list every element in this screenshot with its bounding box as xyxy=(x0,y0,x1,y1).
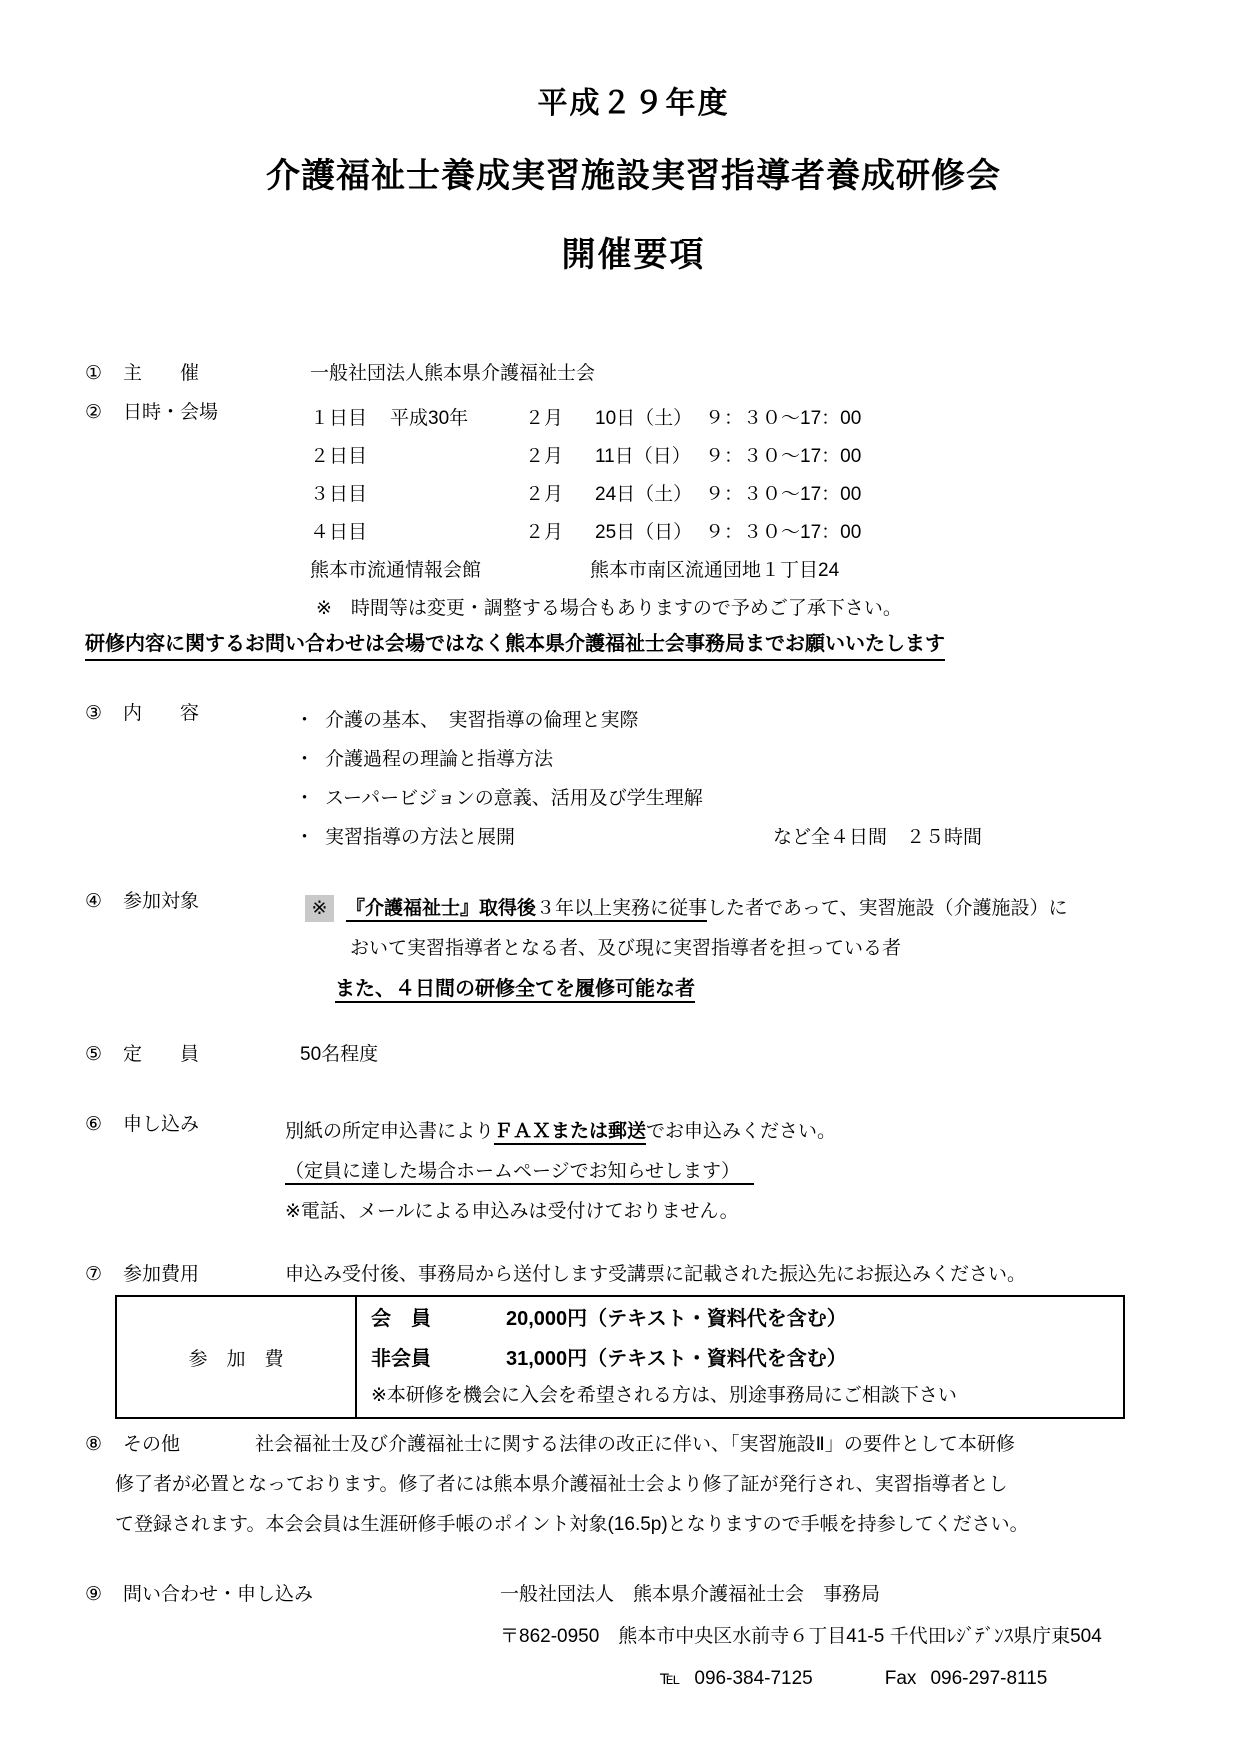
section-label: 参加対象 xyxy=(123,889,305,915)
application-method: ＦＡＸまたは郵送 xyxy=(494,1121,646,1145)
doc-main-title: 介護福祉士養成実習施設実習指導者養成研修会 xyxy=(85,148,1182,197)
section-application: ⑥ 申し込み 別紙の所定申込書によりＦＡＸまたは郵送でお申込みください。 （定員… xyxy=(85,1112,1182,1232)
schedule-month: ２月 xyxy=(525,514,595,552)
list-item: ・ 介護の基本、 実習指導の倫理と実際 xyxy=(295,701,1182,740)
section-label: 申し込み xyxy=(123,1112,285,1138)
section-schedule: ② 日時・会場 １日目 平成30年 ２月 10日（土） ９：３０～17：00 ２… xyxy=(85,400,1182,628)
schedule-time: ９：３０～17：00 xyxy=(705,400,861,438)
section-target: ④ 参加対象 ※『介護福祉士』取得後３年以上実務に従事した者であって、実習施設（… xyxy=(85,889,1182,1010)
schedule-year xyxy=(390,438,525,476)
schedule-row: １日目 平成30年 ２月 10日（土） ９：３０～17：00 xyxy=(310,400,1182,438)
schedule-year: 平成30年 xyxy=(390,400,525,438)
other-line-1: 社会福祉士及び介護福祉士に関する法律の改正に伴い、「実習施設Ⅱ」の要件として本研… xyxy=(255,1425,1182,1465)
target-underline-text: ３年以上実務に従事 xyxy=(536,898,707,919)
section-label: その他 xyxy=(123,1425,255,1465)
fee-table: 参 加 費 会 員 20,000円（テキスト・資料代を含む） 非会員 31,00… xyxy=(115,1295,1125,1419)
application-post: でお申込みください。 xyxy=(646,1121,836,1142)
schedule-content: １日目 平成30年 ２月 10日（土） ９：３０～17：00 ２日目 ２月 11… xyxy=(310,400,1182,628)
application-pre: 別紙の所定申込書により xyxy=(285,1121,494,1142)
section-number: ③ xyxy=(85,701,123,727)
target-bold-text: 『介護福祉士』取得後 xyxy=(346,898,536,919)
venue-name: 熊本市流通情報会館 xyxy=(310,552,590,590)
section-capacity: ⑤ 定 員 50名程度 xyxy=(85,1042,1182,1068)
section-contact: ⑨ 問い合わせ・申し込み 一般社団法人 熊本県介護福祉士会 事務局 xyxy=(85,1574,1182,1616)
bullet-icon: ・ xyxy=(295,818,325,857)
application-line-3: ※電話、メールによる申込みは受付けておりません。 xyxy=(285,1192,1182,1232)
target-content: ※『介護福祉士』取得後３年以上実務に従事した者であって、実習施設（介護施設）に … xyxy=(305,889,1182,1010)
schedule-row: ３日目 ２月 24日（土） ９：３０～17：00 xyxy=(310,476,1182,514)
inquiry-notice: 研修内容に関するお問い合わせは会場ではなく熊本県介護福祉士会事務局までお願いいた… xyxy=(85,630,945,661)
doc-fiscal-year: 平成２９年度 xyxy=(85,78,1182,122)
section-number: ① xyxy=(85,361,123,387)
schedule-note: ※ 時間等は変更・調整する場合もありますので予めご了承下さい。 xyxy=(316,590,1182,628)
section-label: 内 容 xyxy=(123,701,295,727)
schedule-date: 10日（土） xyxy=(595,400,705,438)
schedule-time: ９：３０～17：00 xyxy=(705,514,861,552)
venue-address: 熊本市南区流通団地１丁目24 xyxy=(590,552,839,590)
fax-number: 096-297-8115 xyxy=(930,1668,1047,1689)
highlight-marker: ※ xyxy=(305,895,334,922)
fee-member-label: 会 員 xyxy=(371,1299,506,1339)
venue-row: 熊本市流通情報会館 熊本市南区流通団地１丁目24 xyxy=(310,552,1182,590)
tel-label: ℡ xyxy=(660,1668,680,1689)
application-line-1: 別紙の所定申込書によりＦＡＸまたは郵送でお申込みください。 xyxy=(285,1112,1182,1152)
section-other: ⑧ その他 社会福祉士及び介護福祉士に関する法律の改正に伴い、「実習施設Ⅱ」の要… xyxy=(85,1425,1182,1465)
section-label: 日時・会場 xyxy=(123,400,310,426)
fee-note: ※本研修を機会に入会を希望される方は、別途事務局にご相談下さい xyxy=(371,1379,1123,1413)
title-block: 平成２９年度 介護福祉士養成実習施設実習指導者養成研修会 開催要項 xyxy=(85,78,1182,276)
bullet-icon: ・ xyxy=(295,701,325,740)
contact-address: 〒862-0950 熊本市中央区水前寺６丁目41-5 千代田ﾚｼﾞﾃﾞﾝｽ県庁東… xyxy=(500,1616,1182,1658)
schedule-year xyxy=(390,514,525,552)
contents-list: ・ 介護の基本、 実習指導の倫理と実際 ・ 介護過程の理論と指導方法 ・ スーパ… xyxy=(295,701,1182,857)
capacity-value: 50名程度 xyxy=(300,1042,1182,1068)
schedule-day: １日目 xyxy=(310,400,390,438)
fee-nonmember-label: 非会員 xyxy=(371,1339,506,1379)
section-number: ⑤ xyxy=(85,1042,123,1068)
schedule-month: ２月 xyxy=(525,476,595,514)
list-item-text: 介護過程の理論と指導方法 xyxy=(325,740,553,779)
fax-label: Fax xyxy=(885,1668,917,1689)
document-page: 平成２９年度 介護福祉士養成実習施設実習指導者養成研修会 開催要項 ① 主 催 … xyxy=(0,0,1240,1754)
list-item: ・ スーパービジョンの意義、活用及び学生理解 xyxy=(295,779,1182,818)
schedule-day: ３日目 xyxy=(310,476,390,514)
schedule-date: 24日（土） xyxy=(595,476,705,514)
section-contents: ③ 内 容 ・ 介護の基本、 実習指導の倫理と実際 ・ 介護過程の理論と指導方法… xyxy=(85,701,1182,857)
section-label: 主 催 xyxy=(123,361,310,387)
target-requirement: また、４日間の研修全てを履修可能な者 xyxy=(335,978,695,1003)
list-item: ・ 介護過程の理論と指導方法 xyxy=(295,740,1182,779)
section-number: ② xyxy=(85,400,123,426)
contents-total-hours: など全４日間 ２５時間 xyxy=(773,818,982,857)
application-line-2: （定員に達した場合ホームページでお知らせします） xyxy=(285,1152,1182,1192)
fee-intro: 申込み受付後、事務局から送付します受講票に記載された振込先にお振込みください。 xyxy=(285,1262,1182,1288)
section-label: 問い合わせ・申し込み xyxy=(123,1574,500,1616)
schedule-month: ２月 xyxy=(525,400,595,438)
section-label: 定 員 xyxy=(123,1042,300,1068)
target-line-2: おいて実習指導者となる者、及び現に実習指導者を担っている者 xyxy=(350,929,1182,969)
bullet-icon: ・ xyxy=(295,779,325,818)
section-label: 参加費用 xyxy=(123,1262,285,1288)
schedule-date: 11日（日） xyxy=(595,438,705,476)
schedule-day: ４日目 xyxy=(310,514,390,552)
section-number: ⑥ xyxy=(85,1112,123,1138)
target-line-1: ※『介護福祉士』取得後３年以上実務に従事した者であって、実習施設（介護施設）に xyxy=(305,889,1182,929)
section-number: ⑨ xyxy=(85,1574,123,1616)
section-number: ⑦ xyxy=(85,1262,123,1288)
fee-row-nonmember: 非会員 31,000円（テキスト・資料代を含む） xyxy=(371,1339,1123,1379)
fee-row-member: 会 員 20,000円（テキスト・資料代を含む） xyxy=(371,1299,1123,1339)
contact-org: 一般社団法人 熊本県介護福祉士会 事務局 xyxy=(500,1574,1182,1616)
other-line-2: 修了者が必置となっております。修了者には熊本県介護福祉士会より修了証が発行され、… xyxy=(115,1465,1182,1505)
bullet-icon: ・ xyxy=(295,740,325,779)
schedule-month: ２月 xyxy=(525,438,595,476)
notice-wrap: 研修内容に関するお問い合わせは会場ではなく熊本県介護福祉士会事務局までお願いいた… xyxy=(85,628,1182,661)
schedule-row: ４日目 ２月 25日（日） ９：３０～17：00 xyxy=(310,514,1182,552)
schedule-time: ９：３０～17：00 xyxy=(705,438,861,476)
section-number: ④ xyxy=(85,889,123,915)
target-line-3: また、４日間の研修全てを履修可能な者 xyxy=(335,969,1182,1010)
list-item-text: スーパービジョンの意義、活用及び学生理解 xyxy=(325,779,703,818)
target-rest-text: した者であって、実習施設（介護施設）に xyxy=(707,898,1067,919)
host-name: 一般社団法人熊本県介護福祉士会 xyxy=(310,361,1182,387)
application-content: 別紙の所定申込書によりＦＡＸまたは郵送でお申込みください。 （定員に達した場合ホ… xyxy=(285,1112,1182,1232)
doc-subtitle: 開催要項 xyxy=(85,227,1182,276)
other-line-3: て登録されます。本会会員は生涯研修手帳のポイント対象(16.5p)となりますので… xyxy=(115,1505,1182,1545)
list-item-text: 実習指導の方法と展開 xyxy=(325,818,515,857)
fee-table-body: 会 員 20,000円（テキスト・資料代を含む） 非会員 31,000円（テキス… xyxy=(357,1297,1123,1417)
tel-number: 096-384-7125 xyxy=(694,1668,812,1689)
list-item: ・ 実習指導の方法と展開 など全４日間 ２５時間 xyxy=(295,818,1182,857)
section-fee: ⑦ 参加費用 申込み受付後、事務局から送付します受講票に記載された振込先にお振込… xyxy=(85,1262,1182,1288)
section-host: ① 主 催 一般社団法人熊本県介護福祉士会 xyxy=(85,361,1182,387)
schedule-date: 25日（日） xyxy=(595,514,705,552)
schedule-year xyxy=(390,476,525,514)
schedule-day: ２日目 xyxy=(310,438,390,476)
application-capacity-note: （定員に達した場合ホームページでお知らせします） xyxy=(285,1161,754,1185)
schedule-time: ９：３０～17：00 xyxy=(705,476,861,514)
fee-table-header: 参 加 費 xyxy=(117,1297,357,1417)
contact-phone-row: ℡096-384-7125Fax096-297-8115 xyxy=(660,1658,1182,1700)
fee-nonmember-amount: 31,000円（テキスト・資料代を含む） xyxy=(506,1339,847,1379)
list-item-text: 介護の基本、 実習指導の倫理と実際 xyxy=(325,701,639,740)
fee-member-amount: 20,000円（テキスト・資料代を含む） xyxy=(506,1299,847,1339)
section-number: ⑧ xyxy=(85,1425,123,1465)
schedule-row: ２日目 ２月 11日（日） ９：３０～17：00 xyxy=(310,438,1182,476)
